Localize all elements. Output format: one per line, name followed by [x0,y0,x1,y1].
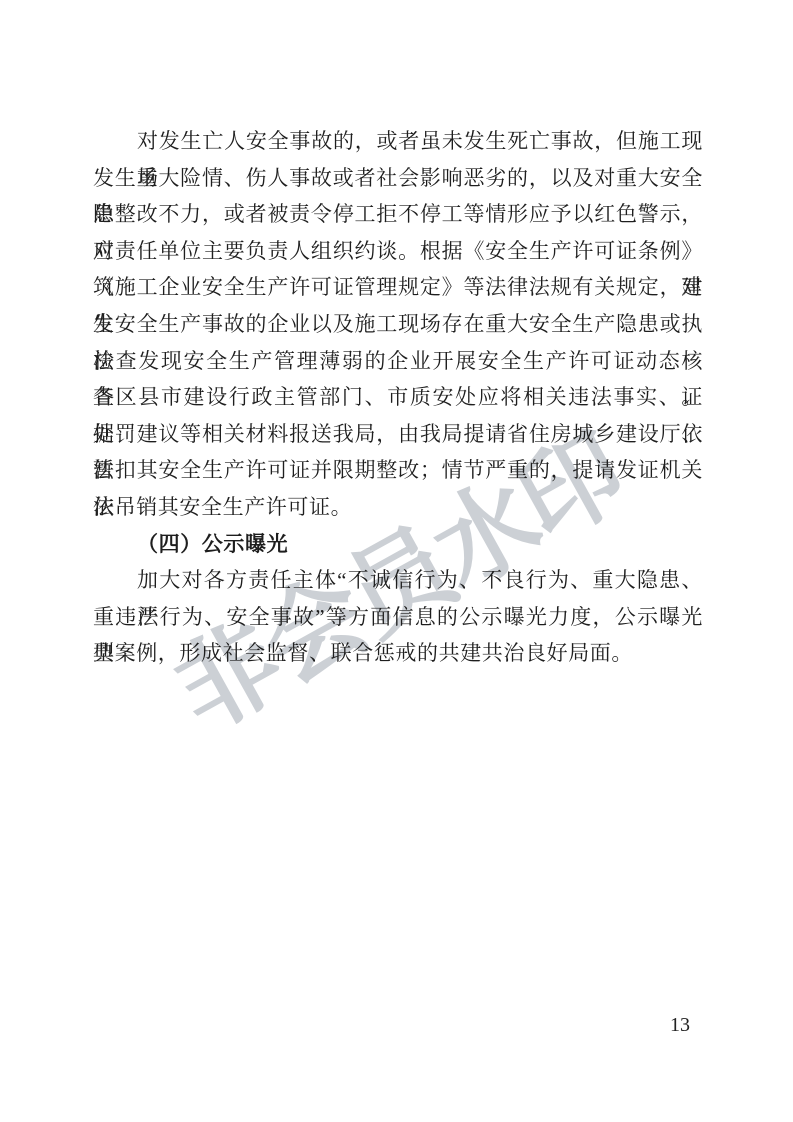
body-line: 对责任单位主要负责人组织约谈。根据《安全生产许可证条例》《建 [93,233,703,270]
section-heading: （四）公示曝光 [93,526,703,563]
body-line: 筑施工企业安全生产许可证管理规定》等法律法规有关规定，对发 [93,269,703,306]
body-line: 患整改不力，或者被责令停工拒不停工等情形应予以红色警示，应 [93,196,703,233]
body-line: 加大对各方责任主体“不诚信行为、不良行为、重大隐患、严 [93,562,703,599]
body-line: 生安全生产事故的企业以及施工现场存在重大安全生产隐患或执法 [93,306,703,343]
body-line: 各区县市建设行政主管部门、市质安处应将相关违法事实、证据、 [93,379,703,416]
document-page: 非会员水印 对发生亡人安全事故的，或者虽未发生死亡事故，但施工现场 发生重大险情… [0,0,793,1122]
body-line: 发生重大险情、伤人事故或者社会影响恶劣的，以及对重大安全隐 [93,160,703,197]
body-line: 检查发现安全生产管理薄弱的企业开展安全生产许可证动态核查。 [93,343,703,380]
body-line: 重违法行为、安全事故”等方面信息的公示曝光力度，公示曝光典 [93,599,703,636]
body-line: 型案例，形成社会监督、联合惩戒的共建共治良好局面。 [93,635,703,672]
document-body: 对发生亡人安全事故的，或者虽未发生死亡事故，但施工现场 发生重大险情、伤人事故或… [93,123,703,672]
page-number: 13 [662,1012,698,1038]
body-line: 处罚建议等相关材料报送我局，由我局提请省住房城乡建设厅依法 [93,416,703,453]
body-line: 法吊销其安全生产许可证。 [93,489,703,526]
body-line: 对发生亡人安全事故的，或者虽未发生死亡事故，但施工现场 [93,123,703,160]
body-line: 暂扣其安全生产许可证并限期整改；情节严重的，提请发证机关依 [93,452,703,489]
